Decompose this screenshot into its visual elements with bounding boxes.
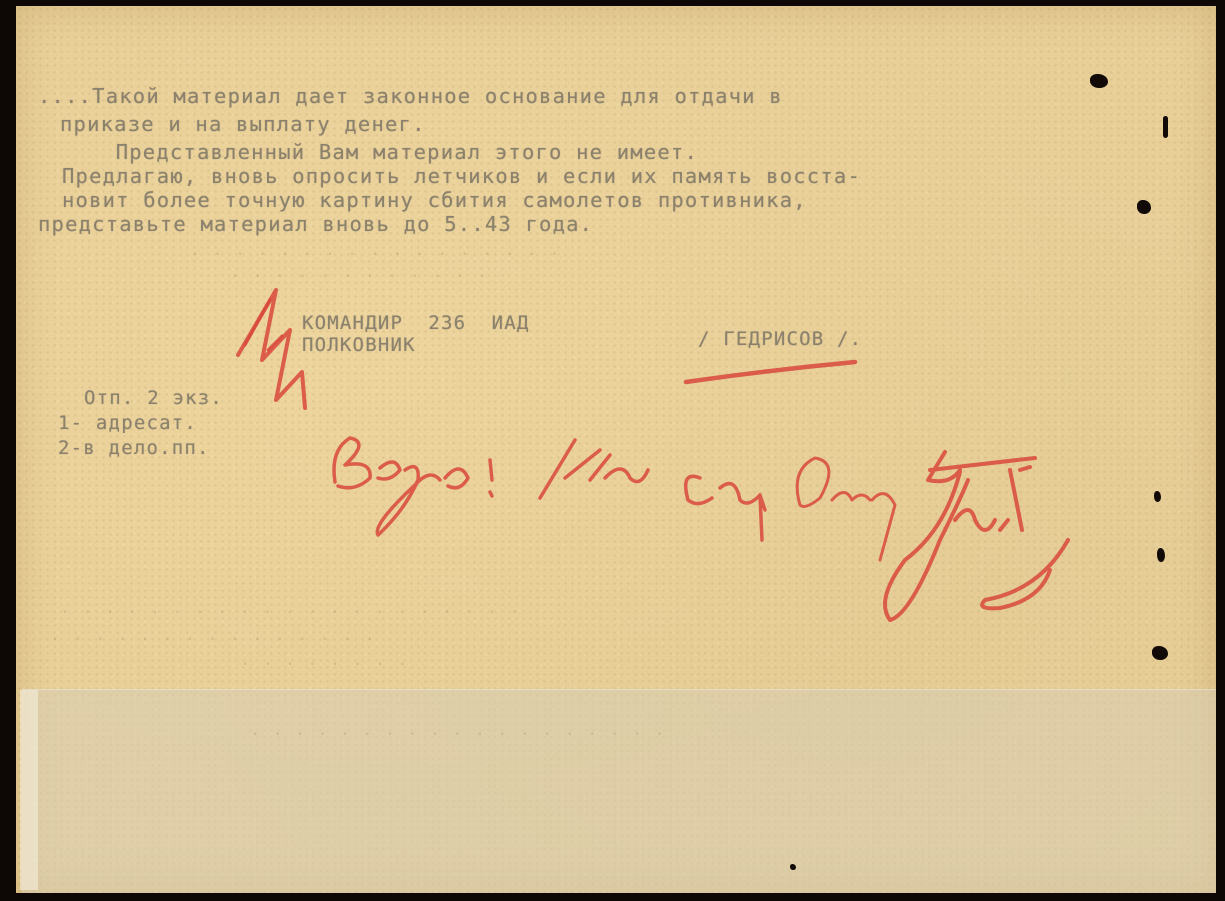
tape-edge [20, 690, 38, 890]
binding-hole [790, 864, 796, 870]
distribution-line: 2-в дело.пп. [58, 437, 210, 459]
distribution-line: 1- адресат. [58, 412, 197, 434]
binding-hole [1154, 491, 1161, 502]
body-line: представьте материал вновь до 5..43 года… [38, 212, 593, 236]
distribution-line: Отп. 2 экз. [84, 387, 223, 409]
commander-rank: ПОЛКОВНИК [302, 334, 416, 356]
binding-hole [1163, 116, 1168, 138]
body-line: Предлагаю, вновь опросить летчиков и есл… [62, 164, 861, 188]
bleed-through-text: . . . . . . . . . . . . [230, 262, 488, 282]
commander-title: КОМАНДИР 236 ИАД [302, 312, 530, 334]
binding-hole [1152, 646, 1168, 660]
binding-hole [1137, 200, 1151, 214]
body-line: новит более точную картину сбития самоле… [62, 188, 807, 212]
binding-hole [1090, 74, 1108, 88]
body-line: ....Такой материал дает законное основан… [38, 84, 783, 108]
body-line: приказе и на выплату денег. [60, 112, 426, 136]
bleed-through-text: . . . . . . . . [240, 650, 409, 670]
commander-name: / ГЕДРИСОВ /. [698, 328, 862, 350]
bleed-through-text: . . . . . . . . . . . . . . . [50, 625, 376, 645]
binding-hole [1157, 548, 1165, 562]
bleed-through-text: . . . . . . . . . . . . . . . . . [190, 240, 561, 260]
bleed-through-text: . . . . . . . . . . . . . . . . . . . [250, 720, 666, 740]
body-line: Представленный Вам материал этого не име… [48, 140, 698, 164]
bleed-through-text: . . . . . . . . . . . . . . . . . . . . … [60, 598, 521, 618]
